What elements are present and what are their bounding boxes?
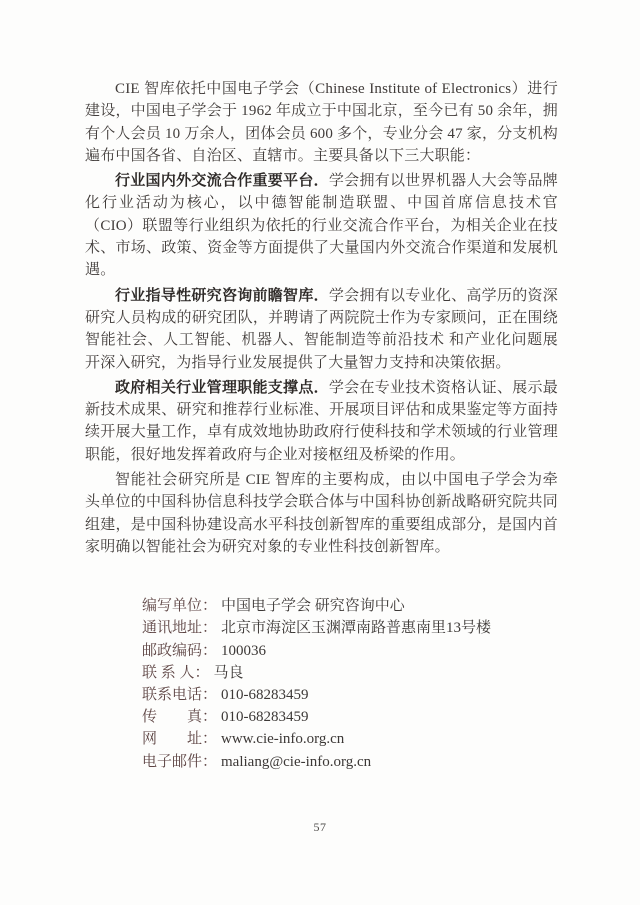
- contact-value: 马良: [214, 665, 244, 681]
- contact-value: 100036: [221, 643, 266, 659]
- contact-value: 010-68283459: [221, 687, 309, 703]
- page-number: 57: [0, 820, 640, 835]
- contact-value: 010-68283459: [221, 709, 309, 725]
- contact-label: 传 真：: [142, 709, 217, 725]
- contact-value: 中国电子学会 研究咨询中心: [221, 598, 405, 614]
- body-paragraph: 政府相关行业管理职能支撑点．学会在专业技术资格认证、展示最新技术成果、研究和推荐…: [85, 377, 558, 466]
- paragraph-lead: 政府相关行业管理职能支撑点．: [115, 380, 329, 396]
- body-paragraph: 行业国内外交流合作重要平台．学会拥有以世界机器人大会等品牌化行业活动为核心，以中…: [85, 170, 558, 281]
- contact-value: 北京市海淀区玉渊潭南路普惠南里13号楼: [221, 620, 491, 636]
- paragraph-text: 智能社会研究所是 CIE 智库的主要构成，由以中国电子学会为牵头单位的中国科协信…: [85, 472, 558, 555]
- contact-label: 联 系 人：: [142, 665, 210, 681]
- contact-row: 通讯地址：北京市海淀区玉渊潭南路普惠南里13号楼: [142, 617, 558, 639]
- contact-label: 邮政编码：: [142, 643, 217, 659]
- body-paragraph: 智能社会研究所是 CIE 智库的主要构成，由以中国电子学会为牵头单位的中国科协信…: [85, 469, 558, 558]
- document-body: CIE 智库依托中国电子学会（Chinese Institute of Elec…: [85, 78, 558, 773]
- contact-label: 通讯地址：: [142, 620, 217, 636]
- paragraph-lead: 行业国内外交流合作重要平台．: [115, 173, 329, 189]
- body-paragraph: CIE 智库依托中国电子学会（Chinese Institute of Elec…: [85, 78, 558, 167]
- paragraph-text: CIE 智库依托中国电子学会（Chinese Institute of Elec…: [85, 81, 558, 164]
- contact-row: 联系电话：010-68283459: [142, 684, 558, 706]
- contact-value: maliang@cie-info.org.cn: [221, 754, 371, 770]
- paragraph-lead: 行业指导性研究咨询前瞻智库．: [115, 288, 329, 304]
- contact-block: 编写单位：中国电子学会 研究咨询中心 通讯地址：北京市海淀区玉渊潭南路普惠南里1…: [142, 595, 558, 773]
- contact-label: 编写单位：: [142, 598, 217, 614]
- contact-row: 网 址：www.cie-info.org.cn: [142, 728, 558, 750]
- contact-row: 编写单位：中国电子学会 研究咨询中心: [142, 595, 558, 617]
- contact-value: www.cie-info.org.cn: [221, 731, 344, 747]
- document-page: CIE 智库依托中国电子学会（Chinese Institute of Elec…: [0, 0, 640, 905]
- contact-row: 电子邮件：maliang@cie-info.org.cn: [142, 751, 558, 773]
- contact-label: 网 址：: [142, 731, 217, 747]
- contact-row: 邮政编码：100036: [142, 640, 558, 662]
- contact-row: 传 真：010-68283459: [142, 706, 558, 728]
- contact-label: 电子邮件：: [142, 754, 217, 770]
- body-paragraph: 行业指导性研究咨询前瞻智库．学会拥有以专业化、高学历的资深研究人员构成的研究团队…: [85, 285, 558, 374]
- contact-label: 联系电话：: [142, 687, 217, 703]
- contact-row: 联 系 人：马良: [142, 662, 558, 684]
